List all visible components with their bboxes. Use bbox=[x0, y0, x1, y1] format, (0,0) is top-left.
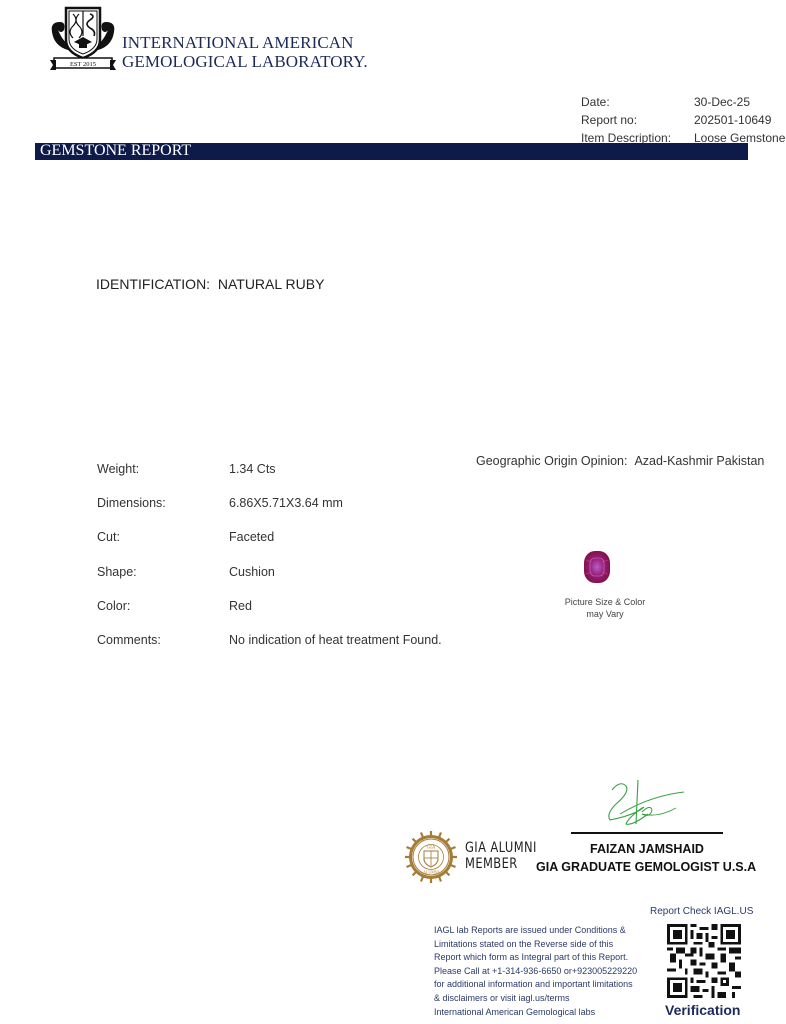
signature-icon bbox=[598, 778, 688, 830]
disclaimer-line: Report which form as Integral part of th… bbox=[434, 951, 637, 965]
lab-name-line1: INTERNATIONAL AMERICAN bbox=[122, 33, 368, 52]
signer-name: FAIZAN JAMSHAID bbox=[572, 842, 722, 856]
detail-color: Color: Red bbox=[97, 589, 442, 623]
detail-weight: Weight: 1.34 Cts bbox=[97, 452, 442, 486]
detail-label: Shape: bbox=[97, 565, 229, 579]
detail-comments: Comments: No indication of heat treatmen… bbox=[97, 623, 442, 657]
ruby-gem-icon bbox=[583, 550, 611, 584]
detail-cut: Cut: Faceted bbox=[97, 520, 442, 554]
signature-line bbox=[571, 832, 723, 834]
gia-alumni-seal-icon: GIA ALUMNI bbox=[405, 831, 457, 883]
origin-label: Geographic Origin Opinion: bbox=[476, 454, 627, 468]
qr-code-icon[interactable] bbox=[667, 923, 741, 999]
disclaimer-line: IAGL lab Reports are issued under Condit… bbox=[434, 924, 637, 938]
report-meta: Date: 30-Dec-25 Report no: 202501-10649 … bbox=[581, 93, 785, 147]
gia-text-line1: GIA ALUMNI bbox=[465, 840, 537, 856]
detail-value: Faceted bbox=[229, 530, 274, 544]
verification-label: Verification bbox=[665, 1002, 740, 1018]
lab-name-line2: GEMOLOGICAL LABORATORY. bbox=[122, 52, 368, 71]
meta-label: Report no: bbox=[581, 111, 694, 129]
detail-value: Red bbox=[229, 599, 252, 613]
lab-name: INTERNATIONAL AMERICAN GEMOLOGICAL LABOR… bbox=[122, 33, 368, 71]
detail-label: Weight: bbox=[97, 462, 229, 476]
detail-label: Dimensions: bbox=[97, 496, 229, 510]
identification: IDENTIFICATION: NATURAL RUBY bbox=[96, 276, 324, 292]
identification-label: IDENTIFICATION: bbox=[96, 276, 210, 292]
disclaimer-line: for additional information and important… bbox=[434, 978, 637, 992]
detail-label: Cut: bbox=[97, 530, 229, 544]
gia-alumni-member: GIA ALUMNI MEMBER bbox=[465, 840, 537, 872]
gem-caption: Picture Size & Color may Vary bbox=[555, 596, 655, 620]
detail-value: No indication of heat treatment Found. bbox=[229, 633, 442, 647]
origin-value: Azad-Kashmir Pakistan bbox=[634, 454, 764, 468]
crest-logo-icon: EST 2015 bbox=[48, 2, 118, 72]
detail-value: 6.86X5.71X3.64 mm bbox=[229, 496, 343, 510]
report-title: GEMSTONE REPORT bbox=[40, 141, 191, 161]
disclaimer-line: International American Gemological labs bbox=[434, 1006, 637, 1020]
gem-caption-line2: may Vary bbox=[555, 608, 655, 620]
meta-value: 30-Dec-25 bbox=[694, 93, 750, 111]
svg-text:ALUMNI: ALUMNI bbox=[423, 870, 440, 875]
disclaimer-line: & disclaimers or visit iagl.us/terms bbox=[434, 992, 637, 1006]
detail-label: Color: bbox=[97, 599, 229, 613]
detail-dimensions: Dimensions: 6.86X5.71X3.64 mm bbox=[97, 486, 442, 520]
meta-label: Date: bbox=[581, 93, 694, 111]
meta-date: Date: 30-Dec-25 bbox=[581, 93, 785, 111]
geographic-origin: Geographic Origin Opinion: Azad-Kashmir … bbox=[476, 454, 764, 468]
report-check-heading: Report Check IAGL.US bbox=[650, 906, 753, 917]
gem-caption-line1: Picture Size & Color bbox=[555, 596, 655, 608]
identification-value: NATURAL RUBY bbox=[218, 276, 325, 292]
disclaimer-line: Limitations stated on the Reverse side o… bbox=[434, 938, 637, 952]
disclaimer: IAGL lab Reports are issued under Condit… bbox=[434, 924, 637, 1019]
disclaimer-line: Please Call at +1-314-936-6650 or+923005… bbox=[434, 965, 637, 979]
meta-value: 202501-10649 bbox=[694, 111, 771, 129]
gem-details: Weight: 1.34 Cts Dimensions: 6.86X5.71X3… bbox=[97, 452, 442, 657]
meta-report-no: Report no: 202501-10649 bbox=[581, 111, 785, 129]
detail-value: Cushion bbox=[229, 565, 275, 579]
detail-shape: Shape: Cushion bbox=[97, 555, 442, 589]
svg-text:GIA: GIA bbox=[427, 846, 436, 851]
signer-title: GIA GRADUATE GEMOLOGIST U.S.A bbox=[536, 860, 756, 874]
detail-value: 1.34 Cts bbox=[229, 462, 276, 476]
svg-text:EST 2015: EST 2015 bbox=[70, 61, 96, 68]
detail-label: Comments: bbox=[97, 633, 229, 647]
gia-text-line2: MEMBER bbox=[465, 856, 537, 872]
